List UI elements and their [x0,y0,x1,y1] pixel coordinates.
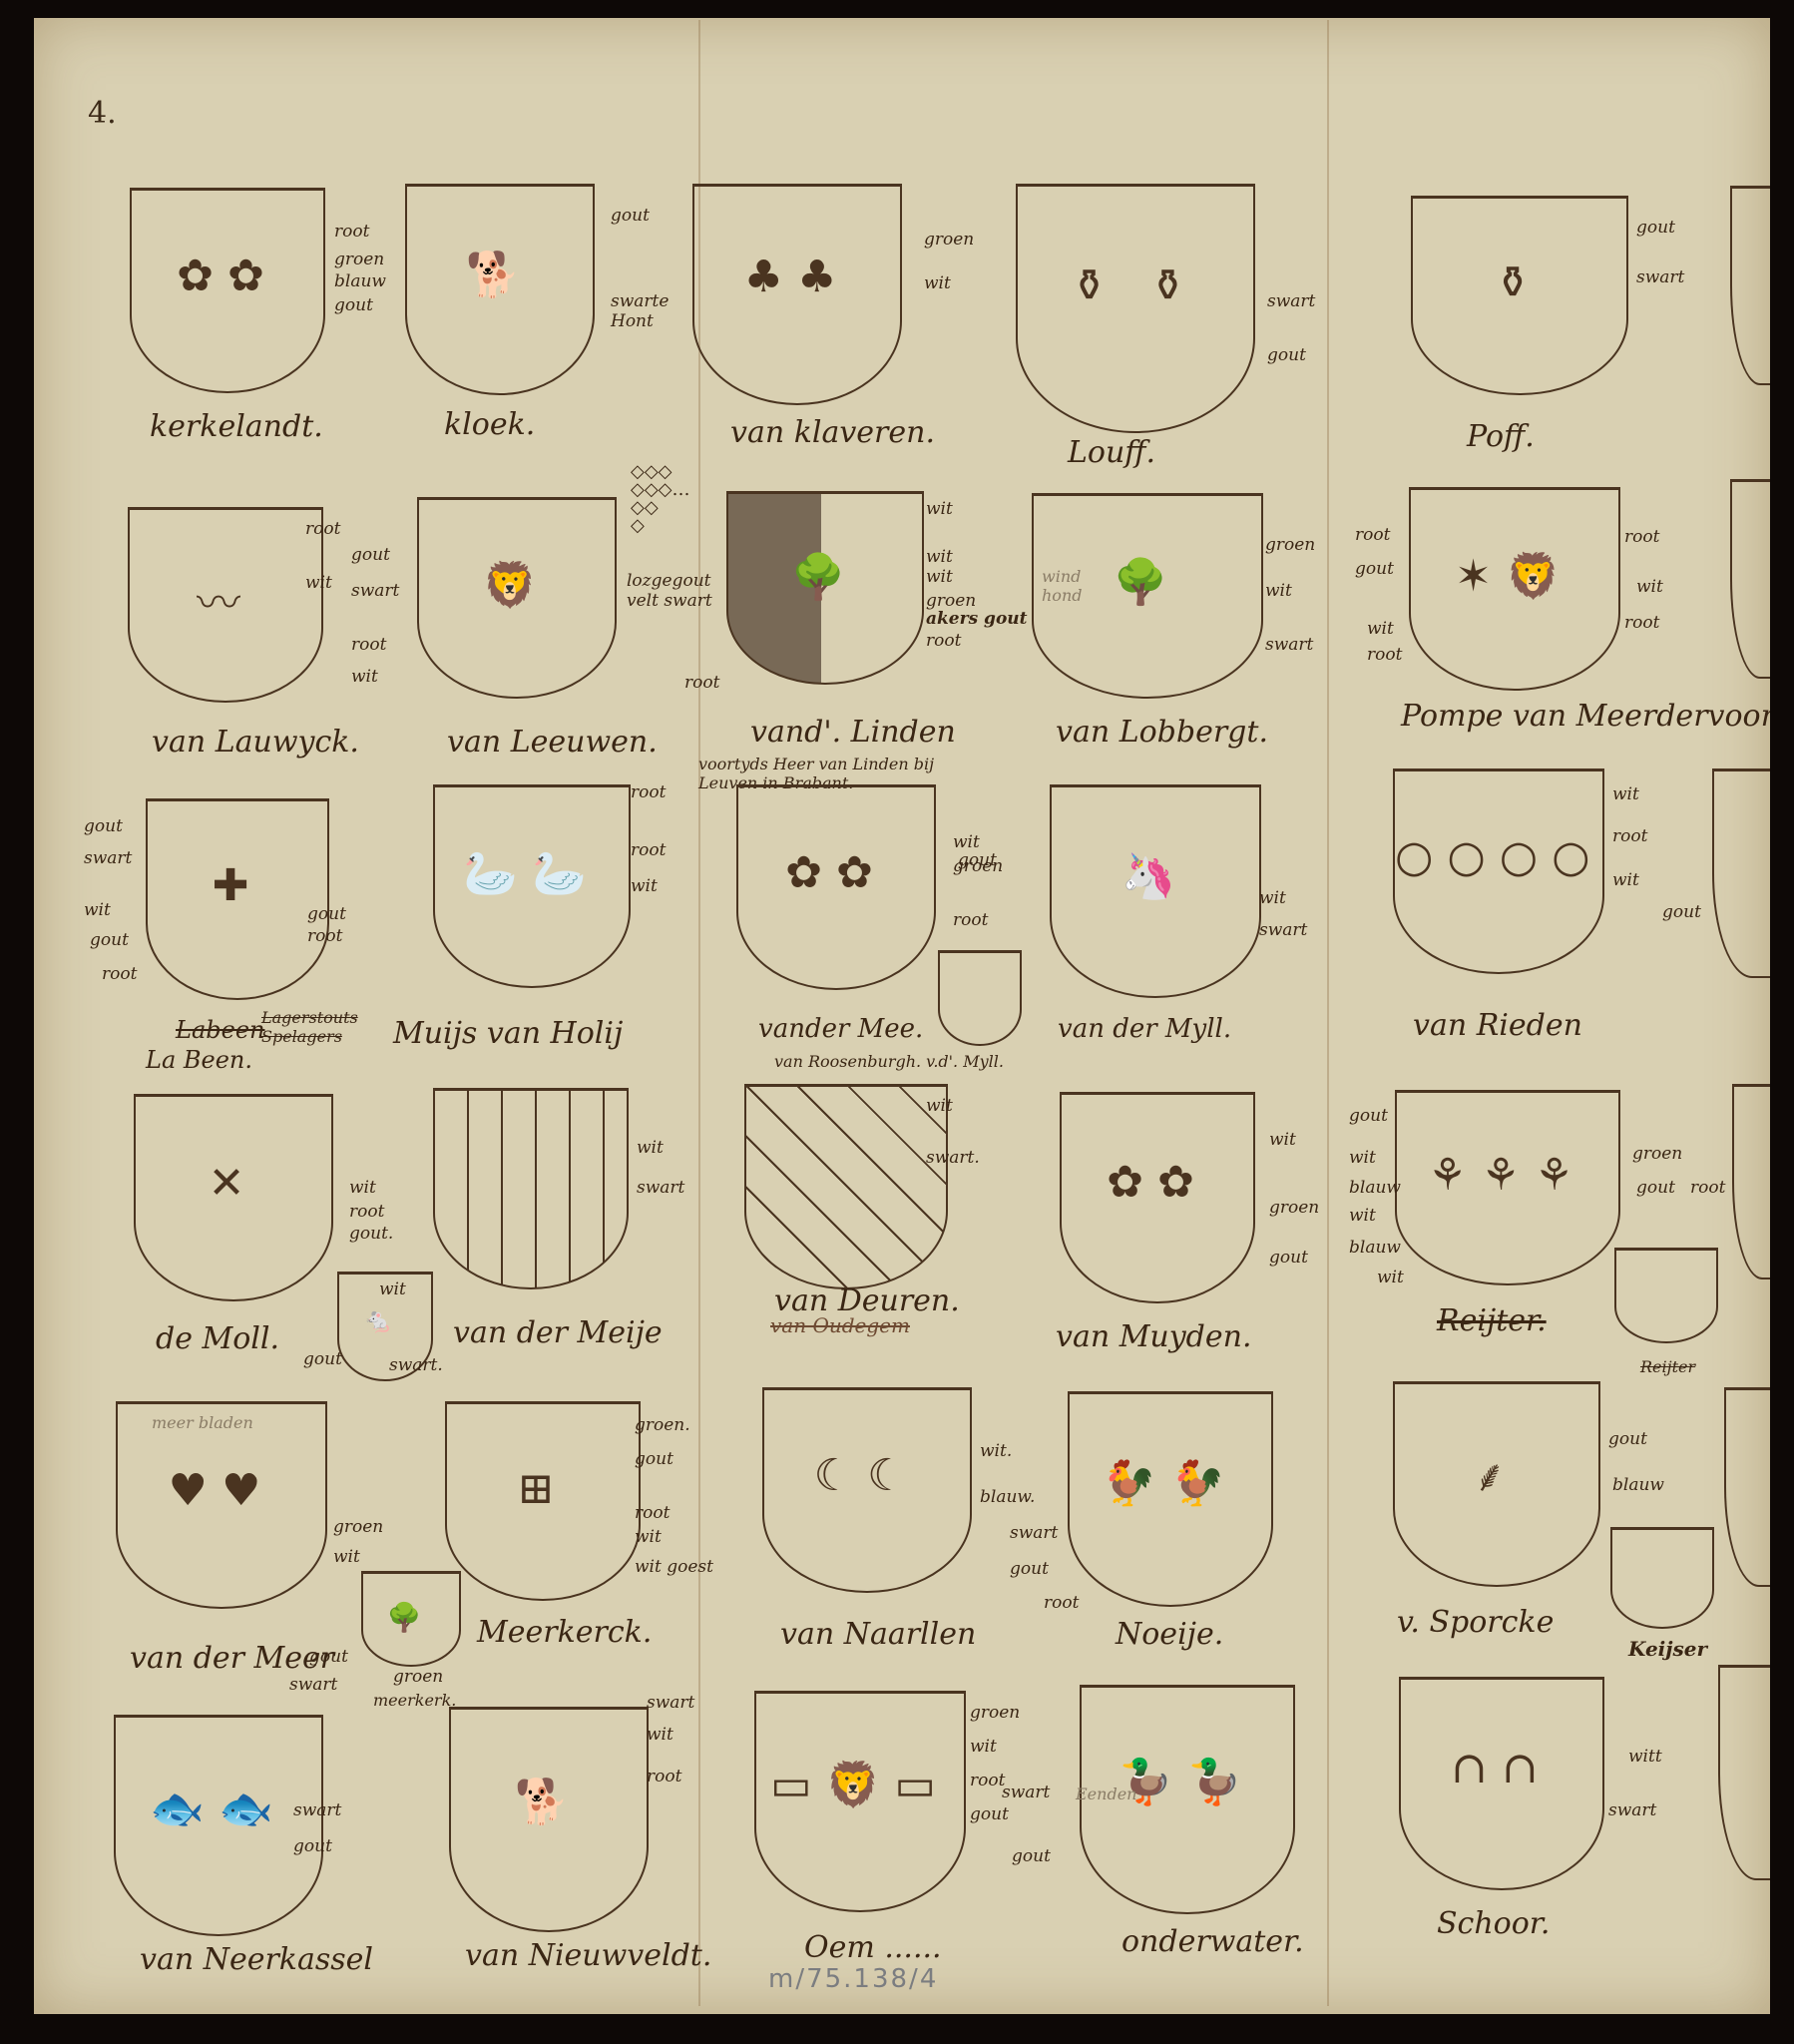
rose-icon: ✿✿ [1062,1157,1253,1208]
lily-leaf-icon: ♥♥ [118,1465,325,1516]
dog-icon: 🐕 [407,249,593,300]
embattled-icon: ⊞ [447,1463,639,1514]
tree-icon: 🌳 [363,1601,459,1634]
shield-de-moll: ✕ [134,1094,333,1301]
trefoil-icon: ♣♣ [694,252,900,302]
unicorn-icon: 🦄 [1052,850,1259,902]
fish-icon: 🐟🐟 [116,1783,321,1834]
shield-van-nieuwveldt: 🐕 [449,1707,649,1932]
cross-eagle-icon: ✚ [148,860,327,911]
shield-van-klaveren: ♣♣ [692,184,902,405]
cock-icon: 🐓🐓 [1070,1457,1271,1509]
shield-noeije: 🐓🐓 [1068,1391,1273,1607]
small-shield-meerkerk: 🌳 [361,1571,461,1667]
shield-poff: ⚱ [1411,196,1628,395]
hound-icon: 🐕 [451,1776,647,1827]
shield-pompe-van-meerdervoort: ✶🦁 [1409,487,1620,691]
shield-name: kerkelandt. [150,409,323,444]
branches-icon: ⚘⚘⚘ [1397,1150,1618,1201]
shield-van-neerkassel: 🐟🐟 [114,1715,323,1936]
swan-icon: 🦢🦢 [435,847,629,899]
shield-van-der-meije [433,1088,629,1289]
lion-icon: 🦁 [419,559,615,611]
shield-van-deuren [744,1084,948,1289]
lion-rose-icon: ✶🦁 [1411,550,1618,602]
shield-van-der-myll: 🦄 [1050,784,1261,998]
linden-tree-icon: 🌳 [728,551,922,603]
shield-van-lauwyck: 〰 [128,507,323,703]
shield-vander-mee: ✿✿ [736,784,936,990]
crescent-icon: ☾☾ [764,1450,970,1501]
lozenges-sketch: ◇◇◇◇◇◇…◇◇◇ [631,463,690,535]
branch-icon: ⸙ [1395,1444,1598,1504]
shield-van-naarllen: ☾☾ [762,1387,972,1593]
wave-icon: 〰 [130,567,321,631]
page-number: 4. [88,96,117,131]
lion-billet-icon: ▭🦁▭ [756,1759,964,1810]
shield-van-rieden: ○○○○ [1393,768,1604,974]
archive-shelfmark: m/75.138/4 [768,1964,938,1994]
shield-muijs-van-holij: 🦢🦢 [433,784,631,988]
shield-v-sporcke: ⸙ [1393,1381,1600,1587]
small-shield-van-rosenburgh [938,950,1022,1046]
mouse-icon: 🐁 [339,1306,431,1334]
shield-schoor: ∩∩ [1399,1677,1604,1890]
shield-van-muyden: ✿✿ [1060,1092,1255,1303]
page-fold [1327,20,1329,2006]
shield-kerkelandt: ✿✿ [130,188,325,393]
cauldron-icon: ⚱ [1413,257,1626,308]
horseshoe-icon: ∩∩ [1401,1743,1602,1793]
shield-louff: ⚱ ⚱ [1016,184,1255,433]
pot-icon: ⚱ ⚱ [1018,260,1253,311]
rose-icon: ✿✿ [132,251,323,301]
shield-van-leeuwen: 🦁 [417,497,617,699]
small-shield-keijser [1610,1527,1714,1629]
shield-van-der-meer: ♥♥ [116,1401,327,1609]
small-shield-reijter [1614,1248,1718,1343]
shield-meerkerck: ⊞ [445,1401,641,1601]
shield-kloek: 🐕 [405,184,595,395]
frame-edge [1770,0,1794,2044]
shield-oem: ▭🦁▭ [754,1691,966,1912]
roundel-icon: ○○○○ [1395,831,1602,882]
rose-icon: ✿✿ [738,847,934,898]
lozenge-icon: ✕ [136,1158,331,1209]
shield-la-been: ✚ [146,798,329,1000]
shield-van-linden: 🌳 [726,491,924,685]
shield-reijter: ⚘⚘⚘ [1395,1090,1620,1285]
